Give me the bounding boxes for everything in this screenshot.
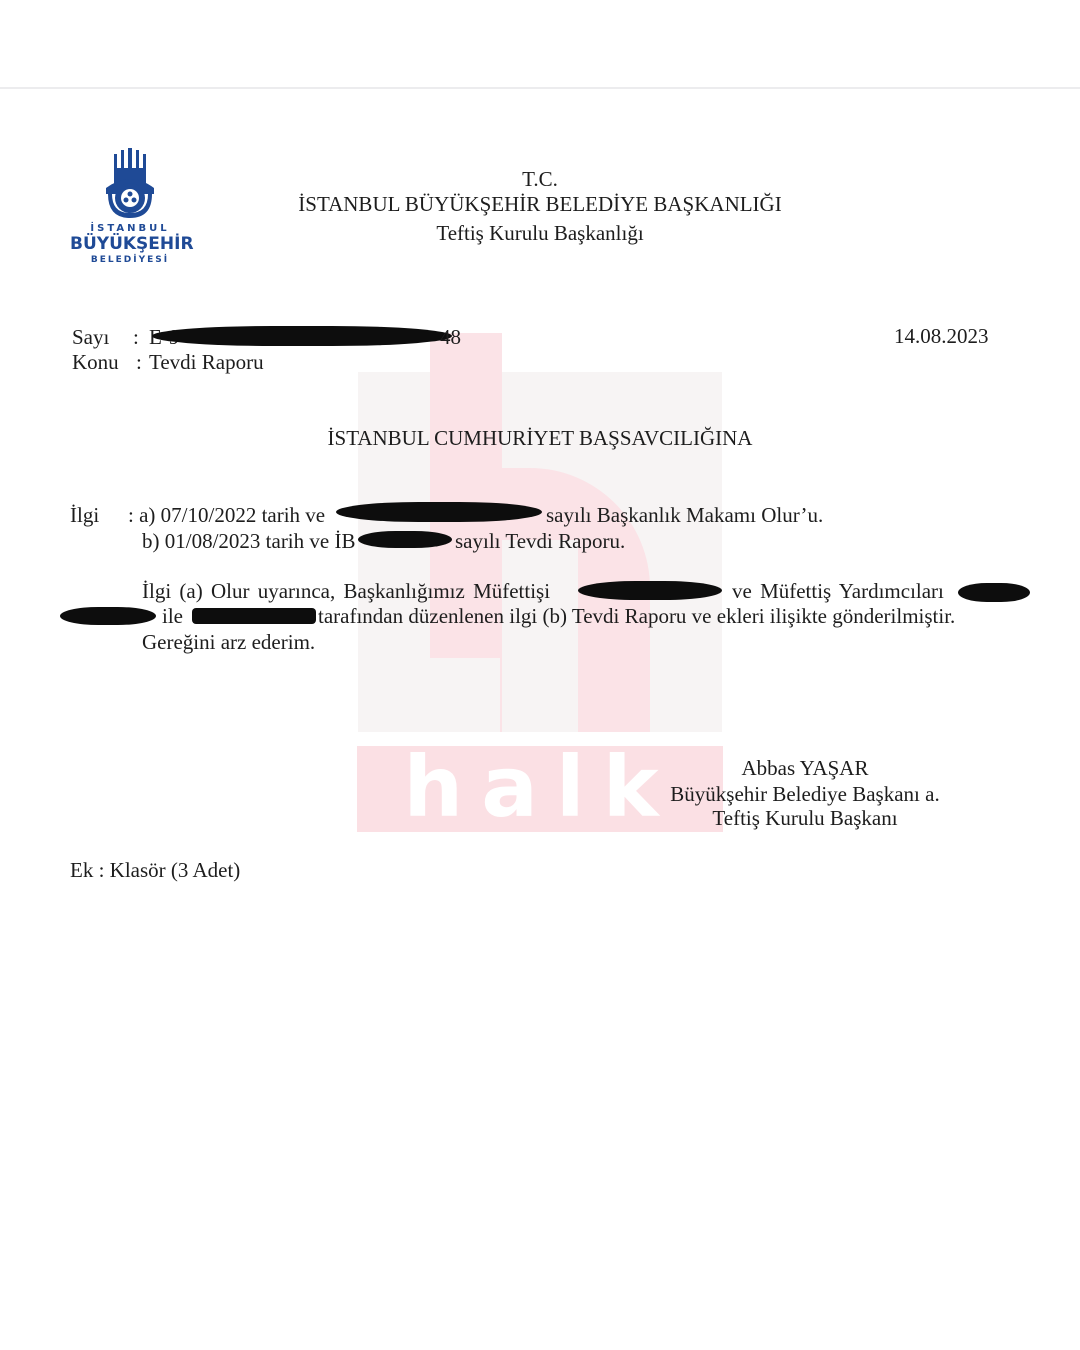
logo-line-belediyesi: BELEDİYESİ: [70, 255, 190, 265]
top-divider: [0, 87, 1080, 89]
body-line2-part1: ile: [162, 604, 183, 629]
top-bar: [0, 0, 1080, 87]
body-assistants-redaction-2: [60, 607, 156, 625]
ilgi-a-prefix: : a) 07/10/2022 tarih ve: [128, 503, 325, 528]
konu-separator: :: [136, 350, 142, 375]
sayi-redaction: [152, 326, 452, 346]
header-tc: T.C.: [270, 167, 810, 192]
logo-line-buyuksehir: BÜYÜKŞEHİR: [70, 234, 190, 254]
body-line1-part2: ve Müfettiş Yardımcıları: [732, 579, 944, 604]
ilgi-b-suffix: sayılı Tevdi Raporu.: [455, 529, 625, 554]
logo-line-istanbul: İSTANBUL: [70, 223, 190, 234]
body-inspector-redaction: [578, 581, 722, 600]
document-date: 14.08.2023: [894, 324, 989, 349]
ibb-logo: İSTANBUL BÜYÜKŞEHİR BELEDİYESİ: [70, 148, 190, 268]
ilgi-b-prefix: b) 01/08/2023 tarih ve İB: [142, 529, 355, 554]
header-department: Teftiş Kurulu Başkanlığı: [270, 221, 810, 246]
sayi-label: Sayı: [72, 325, 109, 350]
signatory-name: Abbas YAŞAR: [650, 756, 960, 781]
watermark-h-counter: [502, 540, 578, 732]
ilgi-b-redaction: [358, 531, 452, 548]
body-line1-part1: İlgi (a) Olur uyarınca, Başkanlığımız Mü…: [142, 579, 550, 604]
signatory-title-2: Teftiş Kurulu Başkanı: [650, 806, 960, 831]
body-assistants-redaction-1: [958, 583, 1030, 602]
ibb-mosque-emblem-icon: [70, 148, 190, 223]
ilgi-a-suffix: sayılı Başkanlık Makamı Olur’u.: [546, 503, 823, 528]
sayi-separator: :: [133, 325, 139, 350]
attachment-note: Ek : Klasör (3 Adet): [70, 858, 240, 883]
body-assistants-redaction-3: [192, 608, 316, 624]
body-line2-part2: tarafından düzenlenen ilgi (b) Tevdi Rap…: [318, 604, 955, 629]
sayi-value-end: 48: [440, 325, 461, 350]
ilgi-a-redaction: [336, 502, 542, 522]
konu-value: Tevdi Raporu: [149, 350, 264, 375]
ilgi-label: İlgi: [70, 503, 99, 528]
konu-label: Konu: [72, 350, 119, 375]
addressee: İSTANBUL CUMHURİYET BAŞSAVCILIĞINA: [270, 426, 810, 451]
body-closing: Gereğini arz ederim.: [142, 630, 315, 655]
header-institution: İSTANBUL BÜYÜKŞEHİR BELEDİYE BAŞKANLIĞI: [270, 192, 810, 217]
signatory-title-1: Büyükşehir Belediye Başkanı a.: [650, 782, 960, 807]
